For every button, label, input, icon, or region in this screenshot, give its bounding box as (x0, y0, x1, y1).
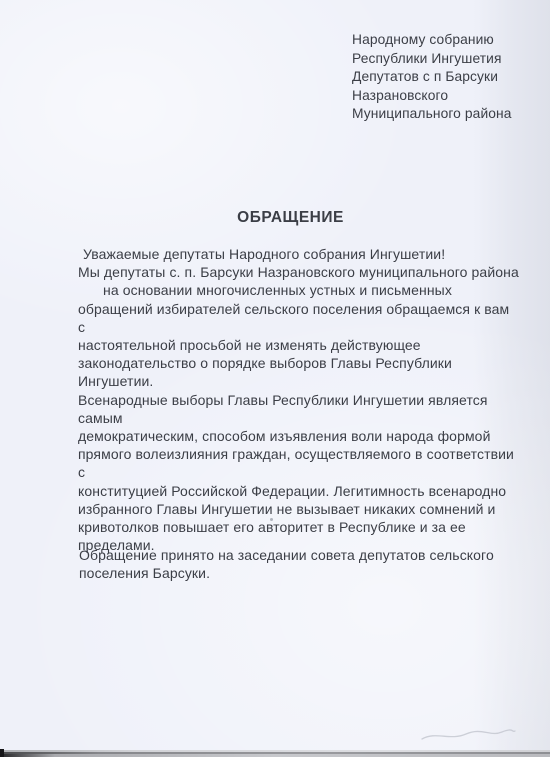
addressee-line: Муниципального района (352, 105, 512, 124)
body-line: Уважаемые депутаты Народного собрания Ин… (78, 245, 520, 263)
body-line: законодательство о порядке выборов Главы… (78, 354, 520, 390)
body-line: конституцией Российской Федерации. Легит… (78, 482, 520, 500)
addressee-line: Народному собранию (352, 31, 512, 50)
body-line: на основании многочисленных устных и пис… (78, 281, 520, 299)
body-line: демократическим, способом изъявления вол… (78, 427, 520, 445)
addressee-line: Республики Ингушетия (352, 50, 512, 69)
addressee-block: Народному собранию Республики Ингушетия … (352, 31, 512, 124)
addressee-line: Назрановского (352, 87, 512, 106)
body-line: обращений избирателей сельского поселени… (78, 300, 520, 336)
closing-paragraph: Обращение принято на заседании совета де… (79, 546, 509, 583)
scan-speck (270, 518, 273, 521)
body-line: Всенародные выборы Главы Республики Ингу… (78, 391, 520, 427)
body-line: кривотолков повышает его авторитет в Рес… (78, 518, 520, 536)
body-line: избранного Главы Ингушетии не вызывает н… (78, 500, 520, 518)
scan-corner-mark (0, 749, 4, 757)
body-line: настоятельной просьбой не изменять дейст… (78, 336, 520, 354)
body-paragraph: Уважаемые депутаты Народного собрания Ин… (78, 245, 520, 554)
document-title: ОБРАЩЕНИЕ (78, 209, 503, 227)
scanned-document-page: Народному собранию Республики Ингушетия … (0, 0, 550, 757)
pencil-mark (418, 724, 518, 746)
body-line: прямого волеизлияния граждан, осуществля… (78, 445, 520, 481)
closing-line: Обращение принято на заседании совета де… (79, 546, 509, 564)
body-line: Мы депутаты с. п. Барсуки Назрановского … (78, 263, 520, 281)
closing-line: поселения Барсуки. (79, 564, 509, 582)
addressee-line: Депутатов с п Барсуки (352, 68, 512, 87)
